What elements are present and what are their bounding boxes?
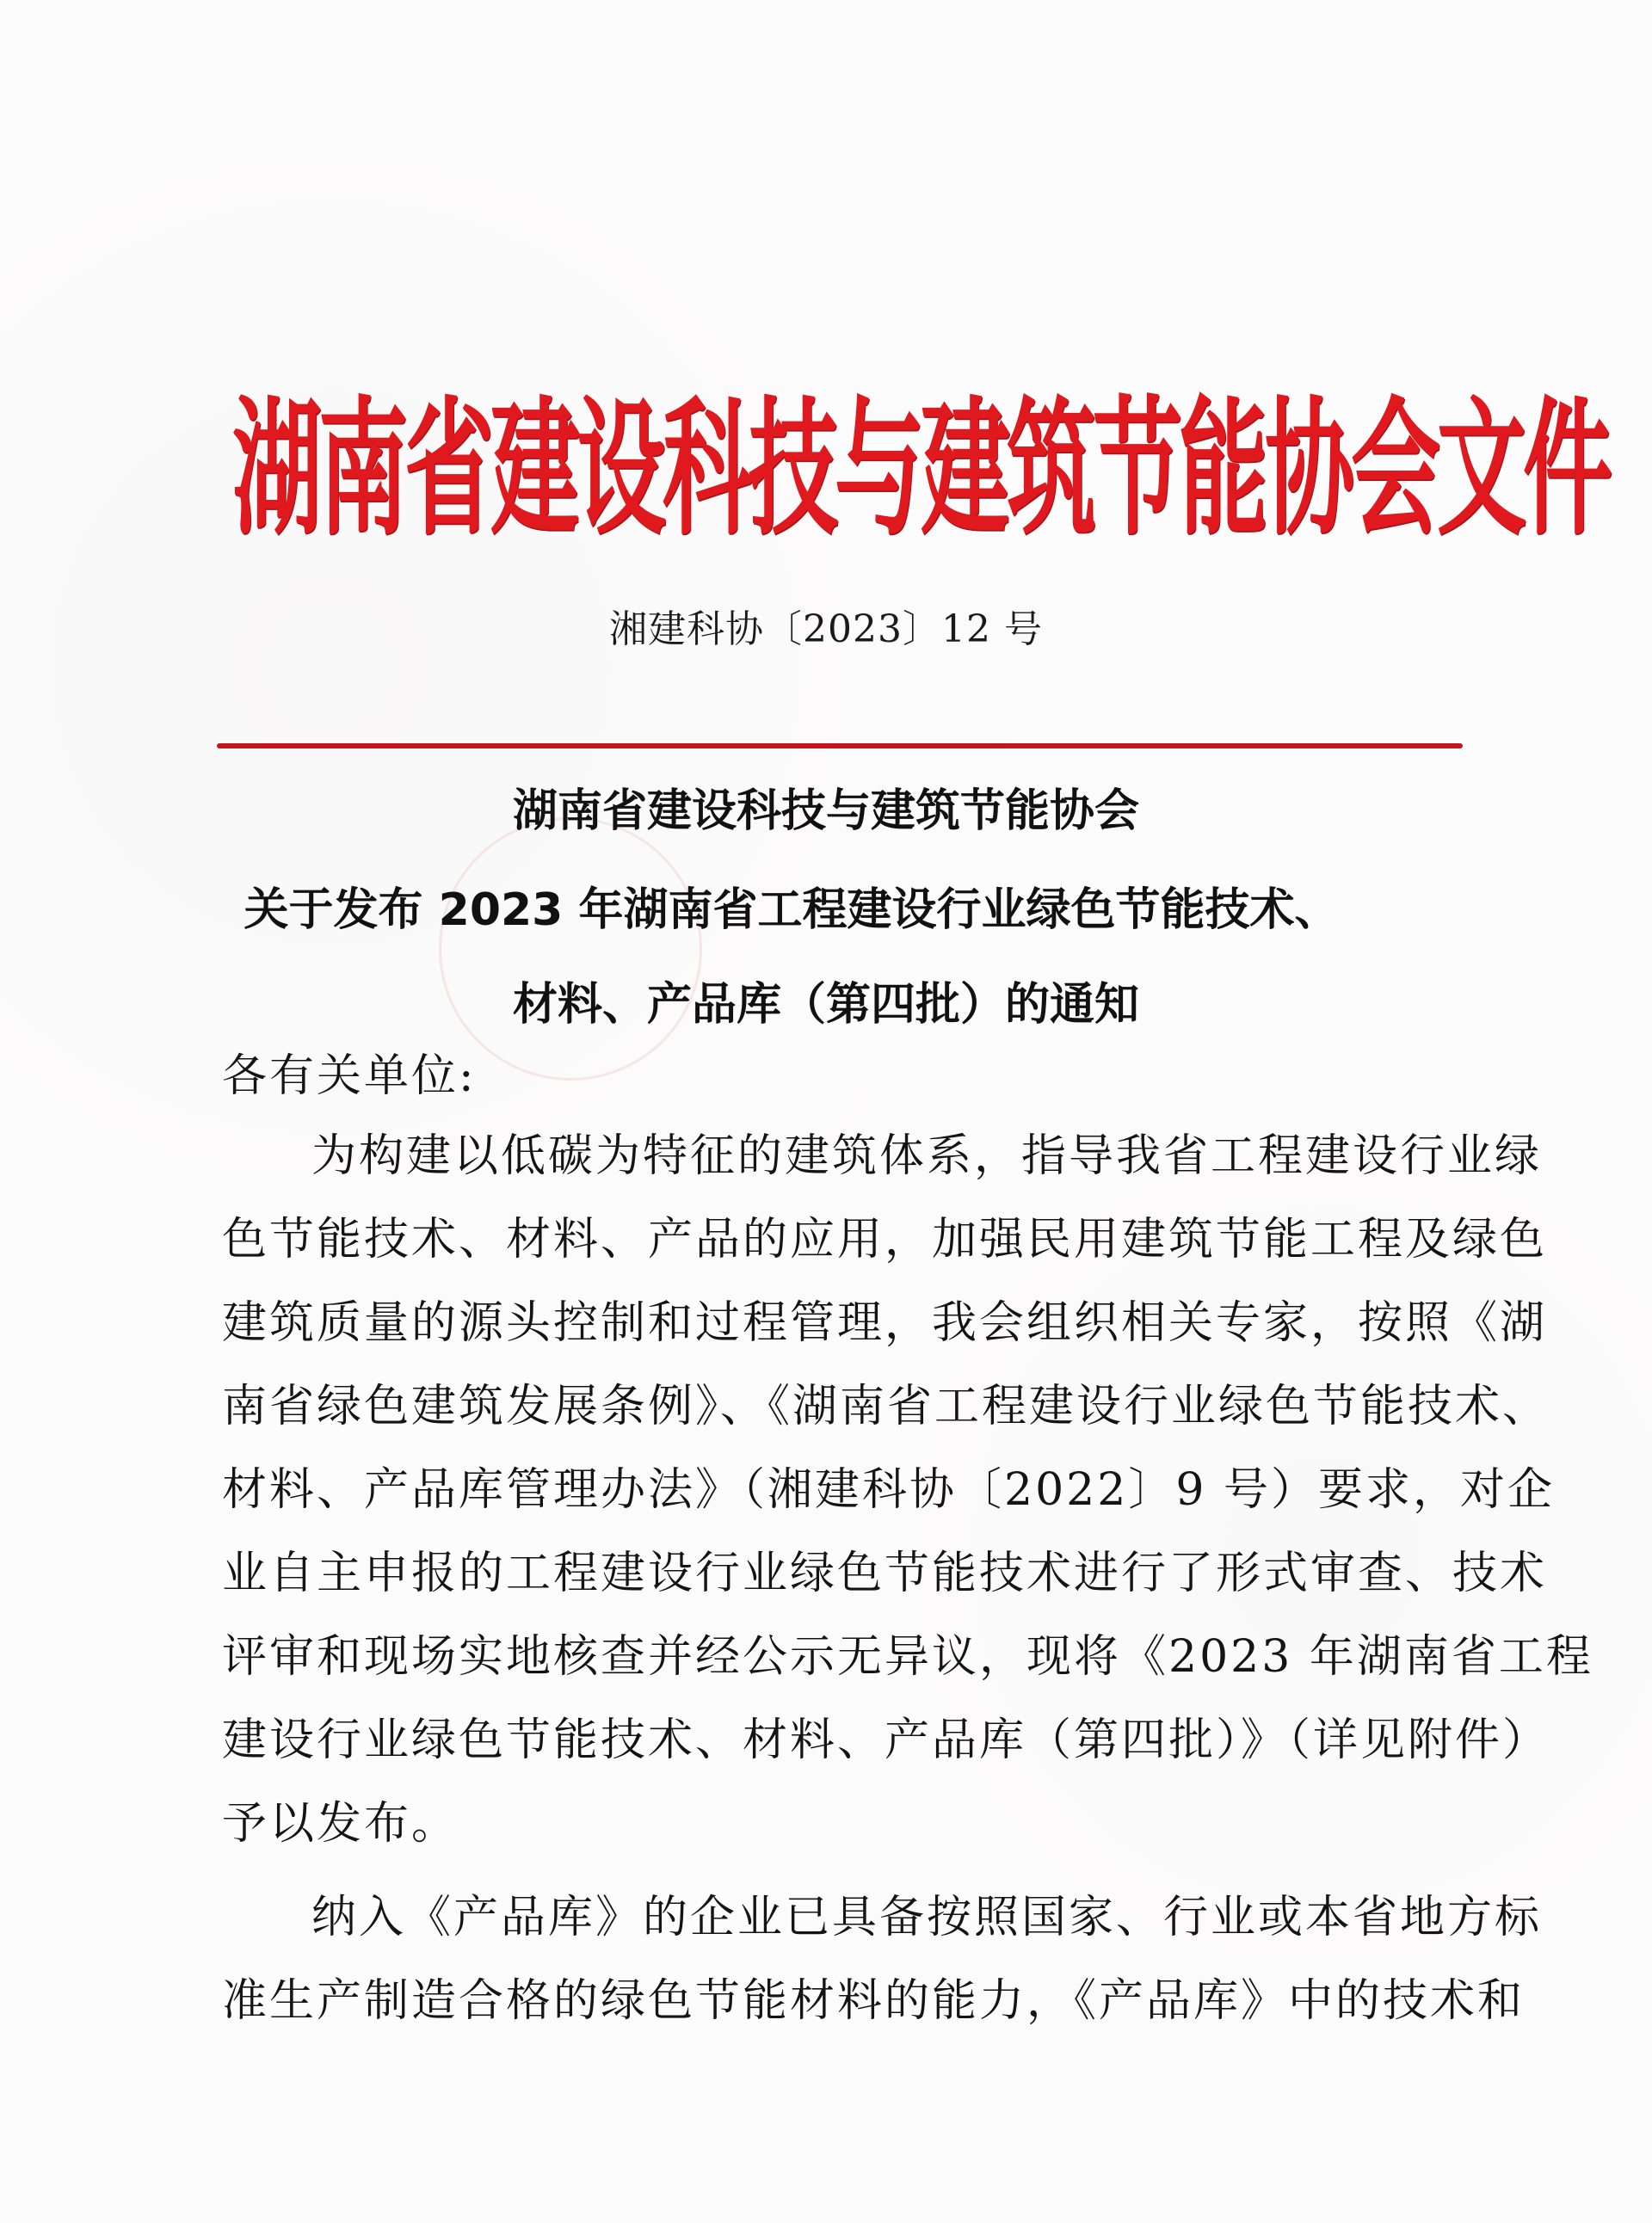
title-line-2: 关于发布 2023 年湖南省工程建设行业绿色节能技术、 [0,873,1618,938]
masthead-char: 件 [1523,395,1609,543]
body-text: 各有关单位: 为构建以低碳为特征的建筑体系，指导我省工程建设行业绿 色节能技术、… [222,1041,1461,2043]
salutation: 各有关单位: [222,1041,1461,1111]
paragraph-1-line: 色节能技术、材料、产品的应用，加强民用建筑节能工程及绿色 [222,1198,1461,1282]
masthead-char: 建 [490,395,576,543]
document-page: 湖 南 省 建 设 科 技 与 建 筑 节 能 协 会 文 件 湘建科协〔202… [0,0,1652,2223]
paragraph-1-line: 建设行业绿色节能技术、材料、产品库（第四批）》（详见附件） [222,1699,1461,1783]
red-divider-rule [217,743,1463,748]
masthead-char: 省 [404,395,490,543]
masthead-char: 协 [1265,395,1351,543]
masthead-char: 南 [318,395,404,543]
masthead-char: 会 [1351,395,1437,543]
document-number: 湘建科协〔2023〕12 号 [0,598,1652,653]
masthead-char: 文 [1437,395,1523,543]
masthead-red-title: 湖 南 省 建 设 科 技 与 建 筑 节 能 协 会 文 件 [232,342,1437,597]
paragraph-2-line: 准生产制造合格的绿色节能材料的能力，《产品库》中的技术和 [222,1960,1461,2043]
masthead-char: 科 [663,395,749,543]
masthead-char: 湖 [232,395,318,543]
paragraph-1-line: 材料、产品库管理办法》（湘建科协〔2022〕9 号）要求，对企 [222,1449,1461,1532]
masthead-char: 能 [1179,395,1265,543]
masthead-char: 筑 [1007,395,1093,543]
paragraph-1-line: 评审和现场实地核查并经公示无异议，现将《2023 年湖南省工程 [222,1616,1461,1699]
paragraph-2-line: 纳入《产品库》的企业已具备按照国家、行业或本省地方标 [222,1876,1461,1960]
title-line-3: 材料、产品库（第四批）的通知 [0,968,1652,1032]
paragraph-1-line: 业自主申报的工程建设行业绿色节能技术进行了形式审查、技术 [222,1532,1461,1616]
masthead-char: 设 [576,395,663,543]
masthead-char: 建 [921,395,1007,543]
masthead-char: 与 [835,395,921,543]
title-line-1: 湖南省建设科技与建筑节能协会 [0,774,1652,839]
paragraph-1-line: 予以发布。 [222,1783,1461,1866]
paragraph-1-line: 建筑质量的源头控制和过程管理，我会组织相关专家，按照《湖 [222,1282,1461,1365]
masthead-char: 节 [1093,395,1179,543]
paragraph-1-line: 为构建以低碳为特征的建筑体系，指导我省工程建设行业绿 [222,1115,1461,1198]
paragraph-1-line: 南省绿色建筑发展条例》、《湖南省工程建设行业绿色节能技术、 [222,1365,1461,1449]
masthead-char: 技 [749,395,835,543]
